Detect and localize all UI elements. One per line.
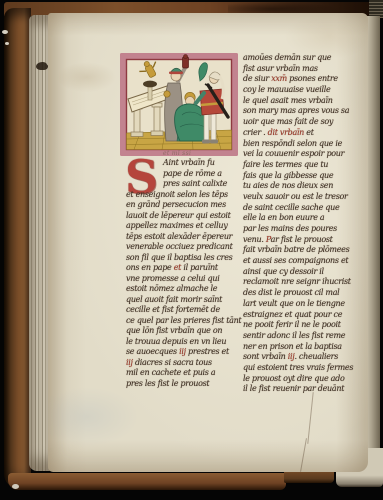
manuscript-text-line: vne promesse a celui qui (126, 274, 242, 285)
manuscript-text-line: reclamoit nre seignr ihucrist (243, 277, 363, 288)
manuscript-text-line: son mary mas apres vous sa (243, 106, 363, 117)
manuscript-text-line: et enseignoit selon les tēps (126, 190, 242, 201)
manuscript-text-line: quel auoit fait morir saīnt (126, 295, 242, 306)
manuscript-text-line: de saint cecille sache que (243, 203, 363, 214)
paper-speck (2, 30, 8, 34)
manuscript-text-line: bien respōndi selon que ie (243, 139, 363, 150)
manuscript-text-line: ner en prison et la baptisa (243, 342, 363, 353)
manuscript-text-line: fist asur vrbaīn mas (243, 64, 363, 75)
manuscript-text-line: vei la couuenir espoir pour (243, 149, 363, 160)
manuscript-text-line: tu aies de nos dieux sen (243, 181, 363, 192)
paper-speck (5, 42, 9, 45)
manuscript-text-line: mil en cachete et puis a (126, 368, 242, 379)
manuscript-text-line: lart veult que on le tiengne (243, 299, 363, 310)
miniature-painting (120, 53, 238, 156)
manuscript-text-line: il le fist reuenir par deuānt (243, 384, 363, 395)
manuscript-text-line: faire les termes que tu (243, 160, 363, 171)
manuscript-text-line: amoūes demān sur que (243, 53, 363, 64)
manuscript-text-line: estoit nōmez almache le (126, 284, 242, 295)
manuscript-photo: et mī ssi S Aint vrbaīn fupape de rōme a… (0, 0, 383, 500)
manuscript-text-line: crier . dit vrbaīn et (243, 128, 363, 139)
manuscript-text-line: pape de rōme a (126, 169, 242, 180)
manuscript-text-line: par les mains des poures (243, 224, 363, 235)
manuscript-text-line: estraignez et quat pour ce (243, 310, 363, 321)
manuscript-text-line: qui estoient tres vrais fermes (243, 363, 363, 374)
manuscript-text-line: cecille et fist fortemēt de (126, 305, 242, 316)
manuscript-text-line: se auoecques iij prestres et (126, 347, 242, 358)
guide-note: et mī ssi (163, 150, 191, 157)
manuscript-text-line: lauoit de lēpereur qui estoit (126, 211, 242, 222)
manuscript-text-line: en grānd persecucion mes (126, 200, 242, 211)
leather-spine (4, 8, 31, 488)
manuscript-text-line: coy le mauuaise vueille (243, 85, 363, 96)
manuscript-text-line: ce quel par les prieres fist tānt (126, 316, 242, 327)
manuscript-text-line: Aint vrbaīn fu (126, 158, 242, 169)
manuscript-text-line: sont vrbaīn iij. cheualiers (243, 352, 363, 363)
manuscript-text-line: le quel asait mes vrbaīn (243, 96, 363, 107)
gold-chalice (164, 91, 170, 97)
manuscript-text-line: des dist le prouost cil mal (243, 288, 363, 299)
text-column-right: amoūes demān sur quefist asur vrbaīn mas… (243, 53, 363, 395)
manuscript-text-line: le trouua depuis en vn lieu (126, 337, 242, 348)
manuscript-text-line: son fil que il baptisa les cres (126, 253, 242, 264)
manuscript-text-line: ainsi que cy dessoir il (243, 267, 363, 278)
text-column-left: Aint vrbaīn fupape de rōme apres saint c… (126, 158, 242, 389)
manuscript-text-line: fait vrbaīn batre de plōmees (243, 245, 363, 256)
manuscript-text-line: le prouost oyt dire que ado (243, 374, 363, 385)
manuscript-text-line: pres les fist le prouost (126, 379, 242, 390)
manuscript-text-line: que lōn fist vrbaīn que on (126, 326, 242, 337)
manuscript-text-line: uoir que mas fait de soy (243, 117, 363, 128)
manuscript-text-line: appellez maximes et celluy (126, 221, 242, 232)
manuscript-text-line: de siur xxm̄ psones entre (243, 74, 363, 85)
manuscript-text-line: ne pooit ferir il ne le pooit (243, 320, 363, 331)
manuscript-text-line: pres saint calixte (126, 179, 242, 190)
manuscript-text-line: elle la en bon euure a (243, 213, 363, 224)
manuscript-text-line: fais que la gibbesse que (243, 171, 363, 182)
manuscript-text-line: iij diacres si sacra tous (126, 358, 242, 369)
manuscript-text-line: venu. Par fist le prouost (243, 235, 363, 246)
manuscript-text-line: et aussi ses compaignons et (243, 256, 363, 267)
manuscript-text-line: veulx sauoir ou est le tresor (243, 192, 363, 203)
manuscript-text-line: tēps estoit alexāder ēpereur (126, 232, 242, 243)
manuscript-text-line: ons en pape et il paruīnt (126, 263, 242, 274)
paper-speck (12, 484, 19, 489)
manuscript-text-line: sentir adonc il les fist reme (243, 331, 363, 342)
book-bottom-edge (8, 473, 286, 490)
manuscript-text-line: venerable occiuez predicant (126, 242, 242, 253)
